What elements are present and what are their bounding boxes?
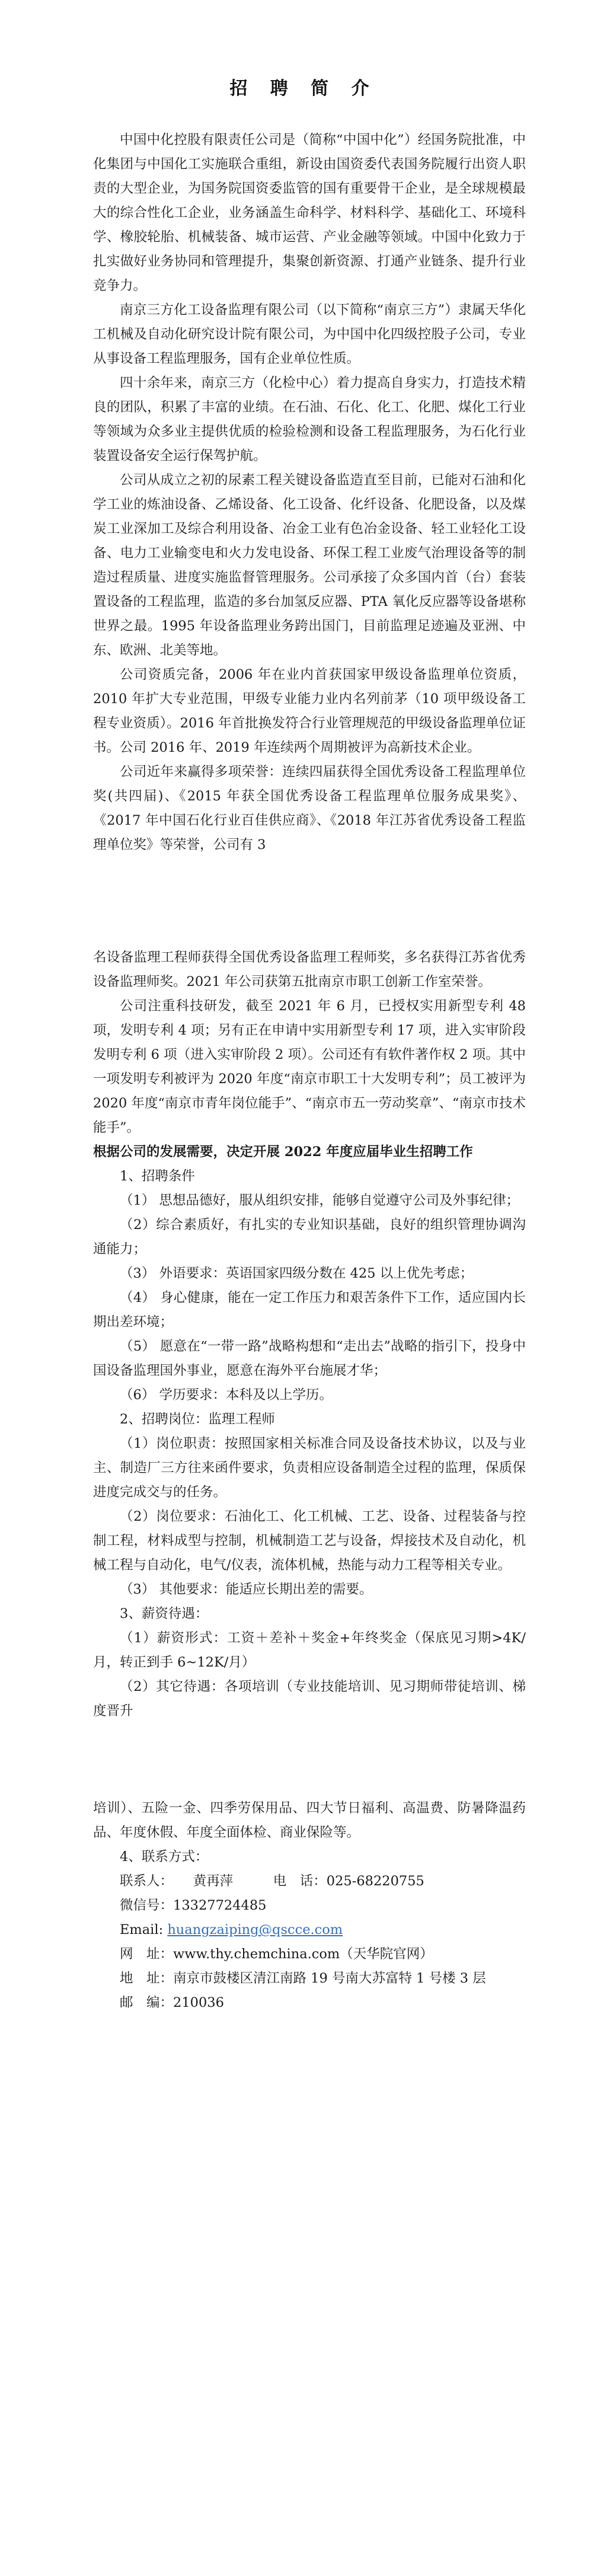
section-4-title: 4、联系方式： [93, 1845, 526, 1869]
email-row: Email: huangzaiping@qscce.com [93, 1918, 526, 1942]
paragraph-qualifications: 公司资质完备，2006 年在业内首获国家甲级设备监理单位资质，2010 年扩大专… [93, 663, 526, 760]
paragraph-nanjing-sanfang-intro: 南京三方化工设备监理有限公司（以下简称“南京三方”）隶属天华化工机械及自动化研究… [93, 298, 526, 371]
page-2-body: 名设备监理工程师获得全国优秀设备监理工程师奖，多名获得江苏省优秀设备监理师奖。2… [93, 946, 526, 1723]
wechat-row: 微信号：13327724485 [93, 1894, 526, 1918]
condition-item: （3） 外语要求：英语国家四级分数在 425 以上优先考虑； [93, 1262, 526, 1286]
postcode-row: 邮 编：210036 [93, 1991, 526, 2015]
contact-person-row: 联系人：黄再萍电 话：025-68220755 [93, 1869, 526, 1894]
salary-item: （1）薪资形式：工资＋差补＋奖金+年终奖金（保底见习期>4K/月，转正到手 6~… [93, 1626, 526, 1675]
condition-item: （6） 学历要求：本科及以上学历。 [93, 1383, 526, 1407]
section-3-title: 3、薪资待遇： [93, 1602, 526, 1626]
paragraph-forty-years: 四十余年来，南京三方（化检中心）着力提高自身实力，打造技术精良的团队，积累了丰富… [93, 371, 526, 468]
paragraph-honors: 公司近年来赢得多项荣誉：连续四届获得全国优秀设备工程监理单位奖(共四届)、《20… [93, 760, 526, 857]
paragraph-honors-continued: 名设备监理工程师获得全国优秀设备监理工程师奖，多名获得江苏省优秀设备监理师奖。2… [93, 946, 526, 994]
contact-person-label: 联系人： [120, 1873, 173, 1889]
postcode-value: 210036 [173, 1995, 224, 2010]
postcode-label: 邮 编： [120, 1995, 173, 2010]
address-row: 地 址：南京市鼓楼区清江南路 19 号南大苏富特 1 号楼 3 层 [93, 1967, 526, 1991]
address-value: 南京市鼓楼区清江南路 19 号南大苏富特 1 号楼 3 层 [173, 1971, 486, 1986]
benefits-continued: 培训）、五险一金、四季劳保用品、四大节日福利、高温费、防暑降温药品、年度休假、年… [93, 1796, 526, 1845]
paragraph-sinochem-intro: 中国中化控股有限责任公司是（简称“中国中化”）经国务院批准，中化集团与中国化工实… [93, 128, 526, 298]
condition-item: （5） 愿意在“一带一路”战略构想和“走出去”战略的指引下，投身中国设备监理国外… [93, 1335, 526, 1383]
benefits-item: （2）其它待遇：各项培训（专业技能培训、见习期师带徒培训、梯度晋升 [93, 1675, 526, 1723]
condition-item: （2）综合素质好，有扎实的专业知识基础，良好的组织管理协调沟通能力； [93, 1213, 526, 1262]
email-label: Email: [120, 1922, 167, 1937]
phone-number: 025-68220755 [327, 1873, 424, 1889]
paragraph-rnd: 公司注重科技研发，截至 2021 年 6 月，已授权实用新型专利 48 项，发明… [93, 994, 526, 1140]
position-item: （1）岗位职责：按照国家相关标准合同及设备技术协议，以及与业主、制造厂三方往来函… [93, 1432, 526, 1505]
paragraph-business-scope: 公司从成立之初的尿素工程关键设备监造直至目前，已能对石油和化学工业的炼油设备、乙… [93, 468, 526, 663]
contact-person-name: 黄再萍 [193, 1873, 234, 1889]
website-row: 网 址：www.thy.chemchina.com（天华院官网） [93, 1942, 526, 1967]
recruitment-heading: 根据公司的发展需要，决定开展 2022 年度应届毕业生招聘工作 [93, 1140, 526, 1164]
phone-label: 电 话： [273, 1873, 327, 1889]
email-link[interactable]: huangzaiping@qscce.com [167, 1922, 343, 1937]
position-item: （2）岗位要求：石油化工、化工机械、工艺、设备、过程装备与控制工程，材料成型与控… [93, 1505, 526, 1578]
page-1-body: 中国中化控股有限责任公司是（简称“中国中化”）经国务院批准，中化集团与中国化工实… [93, 128, 526, 857]
condition-item: （1） 思想品德好，服从组织安排，能够自觉遵守公司及外事纪律； [93, 1189, 526, 1213]
condition-item: （4） 身心健康，能在一定工作压力和艰苦条件下工作，适应国内长期出差环境； [93, 1286, 526, 1335]
website-value: www.thy.chemchina.com（天华院官网） [173, 1946, 433, 1962]
page-3-body: 培训）、五险一金、四季劳保用品、四大节日福利、高温费、防暑降温药品、年度休假、年… [93, 1796, 526, 2015]
position-item: （3） 其他要求：能适应长期出差的需要。 [93, 1578, 526, 1602]
page-title: 招 聘 简 介 [0, 74, 607, 100]
wechat-id: 13327724485 [173, 1898, 266, 1913]
website-label: 网 址： [120, 1946, 173, 1962]
section-1-title: 1、招聘条件 [93, 1164, 526, 1189]
address-label: 地 址： [120, 1971, 173, 1986]
section-2-title: 2、招聘岗位：监理工程师 [93, 1407, 526, 1432]
wechat-label: 微信号： [120, 1898, 173, 1913]
